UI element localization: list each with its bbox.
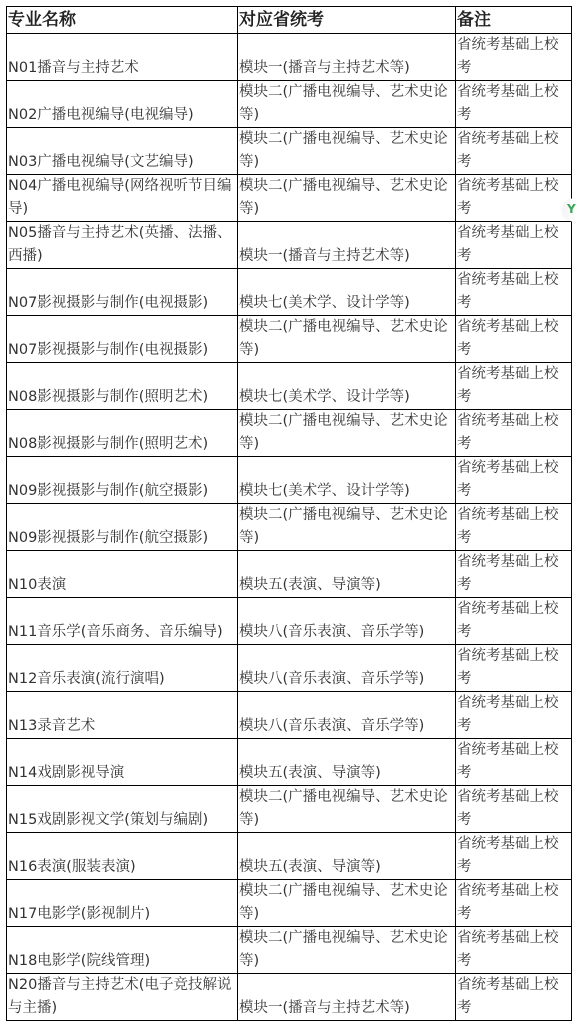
- major-cell: N03广播电视编导(文艺编导): [7, 128, 238, 175]
- exam-cell: 模块八(音乐表演、音乐学等): [238, 692, 456, 739]
- exam-cell: 模块二(广播电视编导、艺术史论等): [238, 128, 456, 175]
- note-cell: 省统考基础上校考: [456, 128, 572, 175]
- exam-cell: 模块二(广播电视编导、艺术史论等): [238, 410, 456, 457]
- table-row: N09影视摄影与制作(航空摄影)模块二(广播电视编导、艺术史论等)省统考基础上校…: [7, 504, 572, 551]
- major-cell: N15戏剧影视文学(策划与编剧): [7, 786, 238, 833]
- table-row: N13录音艺术模块八(音乐表演、音乐学等)省统考基础上校考: [7, 692, 572, 739]
- exam-cell: 模块八(音乐表演、音乐学等): [238, 598, 456, 645]
- majors-table-container: 专业名称 对应省统考 备注 N01播音与主持艺术模块一(播音与主持艺术等)省统考…: [6, 6, 572, 1021]
- major-cell: N09影视摄影与制作(航空摄影): [7, 504, 238, 551]
- table-row: N05播音与主持艺术(英播、法播、西播)模块一(播音与主持艺术等)省统考基础上校…: [7, 222, 572, 269]
- note-cell: 省统考基础上校考: [456, 222, 572, 269]
- column-header-provincial-exam: 对应省统考: [238, 7, 456, 34]
- exam-cell: 模块二(广播电视编导、艺术史论等): [238, 81, 456, 128]
- note-cell: 省统考基础上校考: [456, 974, 572, 1021]
- table-row: N02广播电视编导(电视编导)模块二(广播电视编导、艺术史论等)省统考基础上校考: [7, 81, 572, 128]
- note-cell: 省统考基础上校考: [456, 457, 572, 504]
- exam-cell: 模块二(广播电视编导、艺术史论等): [238, 786, 456, 833]
- table-row: N08影视摄影与制作(照明艺术)模块二(广播电视编导、艺术史论等)省统考基础上校…: [7, 410, 572, 457]
- note-cell: 省统考基础上校考: [456, 645, 572, 692]
- note-cell: 省统考基础上校考: [456, 739, 572, 786]
- note-cell: 省统考基础上校考: [456, 598, 572, 645]
- table-row: N17电影学(影视制片)模块二(广播电视编导、艺术史论等)省统考基础上校考: [7, 880, 572, 927]
- table-row: N04广播电视编导(网络视听节目编导)模块二(广播电视编导、艺术史论等)省统考基…: [7, 175, 572, 222]
- exam-cell: 模块五(表演、导演等): [238, 833, 456, 880]
- table-row: N15戏剧影视文学(策划与编剧)模块二(广播电视编导、艺术史论等)省统考基础上校…: [7, 786, 572, 833]
- table-row: N18电影学(院线管理)模块二(广播电视编导、艺术史论等)省统考基础上校考: [7, 927, 572, 974]
- table-row: N20播音与主持艺术(电子竞技解说与主播)模块一(播音与主持艺术等)省统考基础上…: [7, 974, 572, 1021]
- note-cell: 省统考基础上校考: [456, 504, 572, 551]
- exam-cell: 模块五(表演、导演等): [238, 739, 456, 786]
- major-cell: N09影视摄影与制作(航空摄影): [7, 457, 238, 504]
- table-row: N07影视摄影与制作(电视摄影)模块七(美术学、设计学等)省统考基础上校考: [7, 269, 572, 316]
- major-cell: N13录音艺术: [7, 692, 238, 739]
- exam-cell: 模块一(播音与主持艺术等): [238, 222, 456, 269]
- exam-cell: 模块二(广播电视编导、艺术史论等): [238, 927, 456, 974]
- table-row: N16表演(服装表演)模块五(表演、导演等)省统考基础上校考: [7, 833, 572, 880]
- table-row: N10表演模块五(表演、导演等)省统考基础上校考: [7, 551, 572, 598]
- major-cell: N11音乐学(音乐商务、音乐编导): [7, 598, 238, 645]
- major-cell: N12音乐表演(流行演唱): [7, 645, 238, 692]
- major-cell: N14戏剧影视导演: [7, 739, 238, 786]
- major-cell: N17电影学(影视制片): [7, 880, 238, 927]
- note-cell: 省统考基础上校考: [456, 363, 572, 410]
- exam-cell: 模块二(广播电视编导、艺术史论等): [238, 316, 456, 363]
- exam-cell: 模块二(广播电视编导、艺术史论等): [238, 175, 456, 222]
- column-header-major: 专业名称: [7, 7, 238, 34]
- table-row: N11音乐学(音乐商务、音乐编导)模块八(音乐表演、音乐学等)省统考基础上校考: [7, 598, 572, 645]
- major-cell: N16表演(服装表演): [7, 833, 238, 880]
- exam-cell: 模块二(广播电视编导、艺术史论等): [238, 880, 456, 927]
- note-cell: 省统考基础上校考: [456, 175, 572, 222]
- major-cell: N08影视摄影与制作(照明艺术): [7, 363, 238, 410]
- majors-exam-table: 专业名称 对应省统考 备注 N01播音与主持艺术模块一(播音与主持艺术等)省统考…: [6, 6, 572, 1021]
- note-cell: 省统考基础上校考: [456, 316, 572, 363]
- table-row: N08影视摄影与制作(照明艺术)模块七(美术学、设计学等)省统考基础上校考: [7, 363, 572, 410]
- major-cell: N04广播电视编导(网络视听节目编导): [7, 175, 238, 222]
- major-cell: N02广播电视编导(电视编导): [7, 81, 238, 128]
- major-cell: N08影视摄影与制作(照明艺术): [7, 410, 238, 457]
- table-row: N07影视摄影与制作(电视摄影)模块二(广播电视编导、艺术史论等)省统考基础上校…: [7, 316, 572, 363]
- table-row: N01播音与主持艺术模块一(播音与主持艺术等)省统考基础上校考: [7, 34, 572, 81]
- note-cell: 省统考基础上校考: [456, 880, 572, 927]
- exam-cell: 模块一(播音与主持艺术等): [238, 974, 456, 1021]
- exam-cell: 模块五(表演、导演等): [238, 551, 456, 598]
- note-cell: 省统考基础上校考: [456, 81, 572, 128]
- major-cell: N18电影学(院线管理): [7, 927, 238, 974]
- note-cell: 省统考基础上校考: [456, 34, 572, 81]
- major-cell: N20播音与主持艺术(电子竞技解说与主播): [7, 974, 238, 1021]
- major-cell: N07影视摄影与制作(电视摄影): [7, 269, 238, 316]
- column-header-note: 备注: [456, 7, 572, 34]
- table-row: N09影视摄影与制作(航空摄影)模块七(美术学、设计学等)省统考基础上校考: [7, 457, 572, 504]
- table-row: N12音乐表演(流行演唱)模块八(音乐表演、音乐学等)省统考基础上校考: [7, 645, 572, 692]
- note-cell: 省统考基础上校考: [456, 551, 572, 598]
- note-cell: 省统考基础上校考: [456, 269, 572, 316]
- badge-logo-icon: Y: [567, 202, 576, 216]
- major-cell: N01播音与主持艺术: [7, 34, 238, 81]
- major-cell: N10表演: [7, 551, 238, 598]
- table-row: N03广播电视编导(文艺编导)模块二(广播电视编导、艺术史论等)省统考基础上校考: [7, 128, 572, 175]
- table-header-row: 专业名称 对应省统考 备注: [7, 7, 572, 34]
- note-cell: 省统考基础上校考: [456, 410, 572, 457]
- exam-cell: 模块一(播音与主持艺术等): [238, 34, 456, 81]
- exam-cell: 模块二(广播电视编导、艺术史论等): [238, 504, 456, 551]
- table-row: N14戏剧影视导演模块五(表演、导演等)省统考基础上校考: [7, 739, 572, 786]
- exam-cell: 模块七(美术学、设计学等): [238, 363, 456, 410]
- exam-cell: 模块七(美术学、设计学等): [238, 457, 456, 504]
- major-cell: N07影视摄影与制作(电视摄影): [7, 316, 238, 363]
- note-cell: 省统考基础上校考: [456, 927, 572, 974]
- exam-cell: 模块八(音乐表演、音乐学等): [238, 645, 456, 692]
- major-cell: N05播音与主持艺术(英播、法播、西播): [7, 222, 238, 269]
- note-cell: 省统考基础上校考: [456, 833, 572, 880]
- exam-cell: 模块七(美术学、设计学等): [238, 269, 456, 316]
- note-cell: 省统考基础上校考: [456, 786, 572, 833]
- note-cell: 省统考基础上校考: [456, 692, 572, 739]
